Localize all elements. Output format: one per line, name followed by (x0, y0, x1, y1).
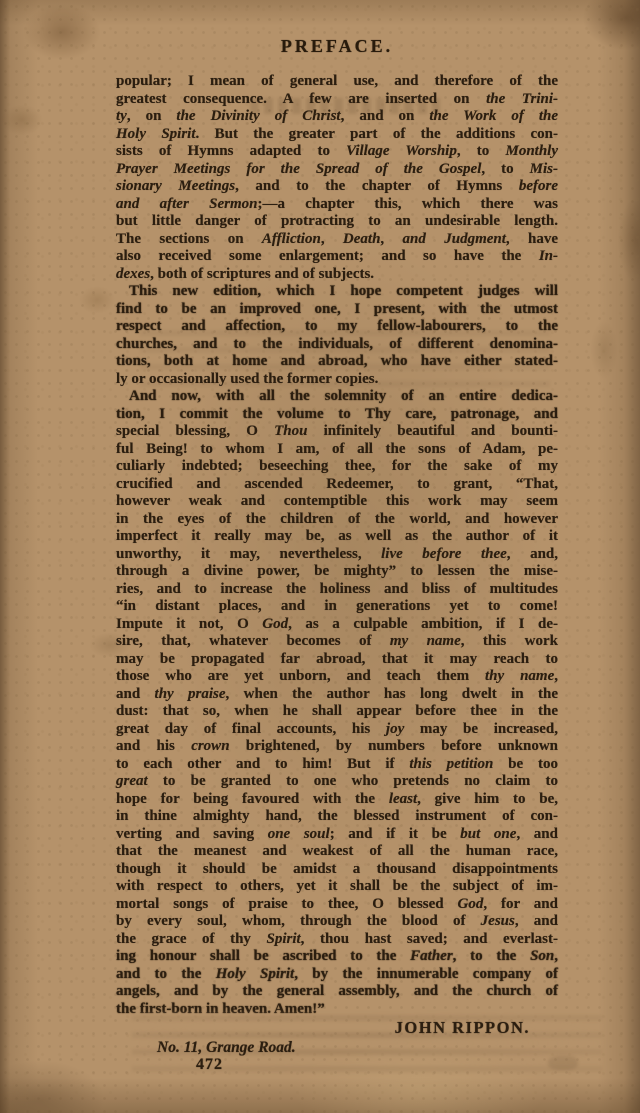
body-line: unworthy, it may, nevertheless, live bef… (116, 546, 558, 564)
italic-text-segment: Father (410, 948, 453, 964)
italic-text-segment: before (519, 178, 558, 194)
italic-text-segment: but one (460, 826, 516, 842)
text-segment: the first-born in heaven. Amen!” (116, 1001, 325, 1017)
italic-text-segment: Spirit (266, 931, 300, 947)
text-segment: crucified and ascended Redeemer, to gran… (116, 476, 558, 492)
text-segment: , when the author has long dwelt in the (226, 686, 558, 702)
body-line: ries, and to increase the holiness and b… (116, 581, 558, 599)
body-line: Impute it not, O God, as a culpable ambi… (116, 616, 558, 634)
text-segment: dust: that so, when he shall appear befo… (116, 703, 558, 719)
body-line: Holy Spirit. But the greater part of the… (116, 126, 558, 144)
body-line: those who are yet unborn, and teach them… (116, 668, 558, 686)
text-segment: , and (516, 826, 558, 842)
text-segment: and to the (116, 966, 216, 982)
address-line: No. 11, Grange Road. (157, 1039, 296, 1057)
body-line: verting and saving one soul; and if it b… (116, 826, 558, 844)
text-segment: in the eyes of the children of the world… (116, 511, 558, 527)
text-segment: , and to the chapter of Hymns (235, 178, 519, 194)
text-segment: and his (116, 738, 191, 754)
text-segment: the grace of thy (116, 931, 266, 947)
body-line: by every soul, whom, through the blood o… (116, 913, 558, 931)
body-line: in thine almighty hand, the blessed inst… (116, 808, 558, 826)
body-line: imperfect it really may be, as well as t… (116, 528, 558, 546)
author-signature: JOHN RIPPON. (116, 1018, 530, 1038)
italic-text-segment: Mis- (530, 161, 558, 177)
text-segment: those who are yet unborn, and teach them (116, 668, 485, 684)
text-segment: Impute it not, O (116, 616, 262, 632)
italic-text-segment: Son (530, 948, 554, 964)
text-segment: special blessing, O (116, 423, 274, 439)
body-line: though it should be amidst a thousand di… (116, 861, 558, 879)
italic-text-segment: the Divinity of Christ (176, 108, 340, 124)
preface-text-block: popular; I mean of general use, and ther… (116, 73, 558, 1018)
text-segment: mortal songs of praise to thee, O blesse… (116, 896, 458, 912)
text-segment: tions, both at home and abroad, who have… (116, 353, 558, 369)
text-segment: , and (515, 913, 558, 929)
text-segment: sists of Hymns adapted to (116, 143, 346, 159)
body-line: sionary Meetings, and to the chapter of … (116, 178, 558, 196)
text-segment: . But the greater part of the additions … (196, 126, 558, 142)
body-line: that the meanest and weakest of all the … (116, 843, 558, 861)
body-line: dexes, both of scriptures and of subject… (116, 266, 558, 284)
text-segment: ;—a chapter this, which there was (257, 196, 558, 212)
body-line: crucified and ascended Redeemer, to gran… (116, 476, 558, 494)
text-segment: angels, and by the general assembly, and… (116, 983, 558, 999)
text-segment: , and on (341, 108, 430, 124)
italic-text-segment: ty (116, 108, 127, 124)
text-segment: popular; I mean of general use, and ther… (116, 73, 558, 89)
text-segment: ful Being! to whom I am, of all the sons… (116, 441, 558, 457)
text-segment: ing honour shall be ascribed to the (116, 948, 410, 964)
text-segment: , to (481, 161, 529, 177)
italic-text-segment: Village Worship (346, 143, 457, 159)
text-segment: , on (127, 108, 177, 124)
italic-text-segment: God (262, 616, 288, 632)
italic-text-segment: Prayer Meetings for the Spread of the Go… (116, 161, 481, 177)
body-line: great to be granted to one who pretends … (116, 773, 558, 791)
body-line: however weak and contemptible this work … (116, 493, 558, 511)
text-segment: , thou hast saved; and everlast- (301, 931, 558, 947)
text-segment: , by the innumerable company of (294, 966, 558, 982)
italic-text-segment: and Judgment (403, 231, 506, 247)
body-line: The sections on Affliction, Death, and J… (116, 231, 558, 249)
body-line: great day of final accounts, his joy may… (116, 721, 558, 739)
text-segment: but little danger of protracting to an u… (116, 213, 558, 229)
body-line: ing honour shall be ascribed to the Fath… (116, 948, 558, 966)
body-line: and after Sermon;—a chapter this, which … (116, 196, 558, 214)
body-line: tion, I commit the volume to Thy care, p… (116, 406, 558, 424)
text-segment: And now, with all the solemnity of an en… (129, 388, 558, 404)
italic-text-segment: this petition (409, 756, 493, 772)
body-line: respect and affection, to my fellow-labo… (116, 318, 558, 336)
body-line: angels, and by the general assembly, and… (116, 983, 558, 1001)
text-segment: in thine almighty hand, the blessed inst… (116, 808, 558, 824)
text-segment: The sections on (116, 231, 262, 247)
body-line: ly or occasionally used the former copie… (116, 371, 558, 389)
body-line: with respect to others, yet it shall be … (116, 878, 558, 896)
body-line: sire, that, whatever becomes of my name,… (116, 633, 558, 651)
text-segment: great day of final accounts, his (116, 721, 386, 737)
text-segment: to each other and to him! But if (116, 756, 409, 772)
body-line: This new edition, which I hope competent… (116, 283, 558, 301)
text-segment: ; and if it be (330, 826, 461, 842)
body-line: ty, on the Divinity of Christ, and on th… (116, 108, 558, 126)
text-segment: churches, and to the individuals, of dif… (116, 336, 558, 352)
text-segment: “in distant places, and in generations y… (116, 598, 558, 614)
text-segment: , as a culpable ambition, if I de- (288, 616, 558, 632)
text-segment: tion, I commit the volume to Thy care, p… (116, 406, 558, 422)
text-segment: culiarly indebted; beseeching thee, for … (116, 458, 558, 474)
body-line: greatest consequence. A few are inserted… (116, 91, 558, 109)
italic-text-segment: great (116, 773, 148, 789)
text-segment: ly or occasionally used the former copie… (116, 371, 378, 387)
bleedthrough-ghost-pagenum (548, 1056, 578, 1070)
body-line: mortal songs of praise to thee, O blesse… (116, 896, 558, 914)
text-segment: unworthy, it may, nevertheless, (116, 546, 381, 562)
italic-text-segment: Death (343, 231, 381, 247)
italic-text-segment: the Work of the (429, 108, 558, 124)
italic-text-segment: Jesus (481, 913, 515, 929)
text-segment: verting and saving (116, 826, 268, 842)
text-segment: however weak and contemptible this work … (116, 493, 558, 509)
text-segment: may be increased, (404, 721, 558, 737)
text-segment: sire, that, whatever becomes of (116, 633, 390, 649)
body-line: the grace of thy Spirit, thou hast saved… (116, 931, 558, 949)
italic-text-segment: thy praise (155, 686, 226, 702)
body-line: find to be an improved one, I present, w… (116, 301, 558, 319)
text-segment: , both of scriptures and of subjects. (150, 266, 374, 282)
text-segment: with respect to others, yet it shall be … (116, 878, 558, 894)
text-segment: , (554, 948, 558, 964)
text-segment: may be propagated far abroad, that it ma… (116, 651, 558, 667)
text-segment: , have (506, 231, 558, 247)
italic-text-segment: crown (191, 738, 229, 754)
italic-text-segment: least (389, 791, 417, 807)
text-segment: , for and (483, 896, 558, 912)
body-line: through a divine power, be mighty” to le… (116, 563, 558, 581)
body-line: also received some enlargement; and so h… (116, 248, 558, 266)
text-segment: , to (457, 143, 506, 159)
body-line: Prayer Meetings for the Spread of the Go… (116, 161, 558, 179)
body-line: dust: that so, when he shall appear befo… (116, 703, 558, 721)
text-segment: through a divine power, be mighty” to le… (116, 563, 558, 579)
text-segment: find to be an improved one, I present, w… (116, 301, 558, 317)
page-title: PREFACE. (116, 36, 558, 57)
italic-text-segment: the Trini- (486, 91, 558, 107)
text-segment: to be granted to one who pretends no cla… (148, 773, 558, 789)
italic-text-segment: Monthly (505, 143, 558, 159)
italic-text-segment: thy name (485, 668, 554, 684)
body-line: may be propagated far abroad, that it ma… (116, 651, 558, 669)
text-segment: and (116, 686, 155, 702)
body-line: And now, with all the solemnity of an en… (116, 388, 558, 406)
text-segment: This new edition, which I hope competent… (129, 283, 558, 299)
text-segment: , and, (507, 546, 558, 562)
italic-text-segment: dexes (116, 266, 150, 282)
body-line: and thy praise, when the author has long… (116, 686, 558, 704)
body-line: hope for being favoured with the least, … (116, 791, 558, 809)
italic-text-segment: joy (386, 721, 404, 737)
text-segment: ries, and to increase the holiness and b… (116, 581, 558, 597)
text-segment: , (321, 231, 343, 247)
body-line: tions, both at home and abroad, who have… (116, 353, 558, 371)
text-segment: , (554, 668, 558, 684)
text-segment: be too (493, 756, 558, 772)
scanned-book-page: PREFACE. popular; I mean of general use,… (0, 0, 640, 1113)
body-line: to each other and to him! But if this pe… (116, 756, 558, 774)
text-segment: that the meanest and weakest of all the … (116, 843, 558, 859)
text-segment: though it should be amidst a thousand di… (116, 861, 558, 877)
body-line: sists of Hymns adapted to Village Worshi… (116, 143, 558, 161)
body-line: churches, and to the individuals, of dif… (116, 336, 558, 354)
italic-text-segment: God (458, 896, 484, 912)
body-line: in the eyes of the children of the world… (116, 511, 558, 529)
text-segment: hope for being favoured with the (116, 791, 389, 807)
italic-text-segment: Holy Spirit (216, 966, 295, 982)
body-line: and his crown brightened, by numbers bef… (116, 738, 558, 756)
text-segment: greatest consequence. A few are inserted… (116, 91, 486, 107)
text-segment: brightened, by numbers before unknown (230, 738, 558, 754)
italic-text-segment: Thou (274, 423, 307, 439)
italic-text-segment: my name (390, 633, 461, 649)
body-line: and to the Holy Spirit, by the innumerab… (116, 966, 558, 984)
italic-text-segment: and after Sermon (116, 196, 257, 212)
italic-text-segment: one soul (268, 826, 330, 842)
body-line: “in distant places, and in generations y… (116, 598, 558, 616)
body-line: but little danger of protracting to an u… (116, 213, 558, 231)
page-number: 472 (196, 1056, 223, 1074)
body-line: popular; I mean of general use, and ther… (116, 73, 558, 91)
text-segment: , (380, 231, 402, 247)
text-segment: also received some enlargement; and so h… (116, 248, 539, 264)
body-line: culiarly indebted; beseeching thee, for … (116, 458, 558, 476)
text-segment: imperfect it really may be, as well as t… (116, 528, 558, 544)
text-segment: , this work (461, 633, 558, 649)
body-line: the first-born in heaven. Amen!” (116, 1001, 558, 1019)
body-line: special blessing, O Thou infinitely beau… (116, 423, 558, 441)
text-segment: , give him to be, (417, 791, 558, 807)
text-segment: by every soul, whom, through the blood o… (116, 913, 481, 929)
italic-text-segment: live before thee (381, 546, 507, 562)
italic-text-segment: In- (539, 248, 558, 264)
text-segment: , to the (453, 948, 530, 964)
italic-text-segment: sionary Meetings (116, 178, 235, 194)
italic-text-segment: Affliction (262, 231, 321, 247)
text-segment: respect and affection, to my fellow-labo… (116, 318, 558, 334)
body-line: ful Being! to whom I am, of all the sons… (116, 441, 558, 459)
italic-text-segment: Holy Spirit (116, 126, 196, 142)
text-segment: infinitely beautiful and bounti- (307, 423, 558, 439)
